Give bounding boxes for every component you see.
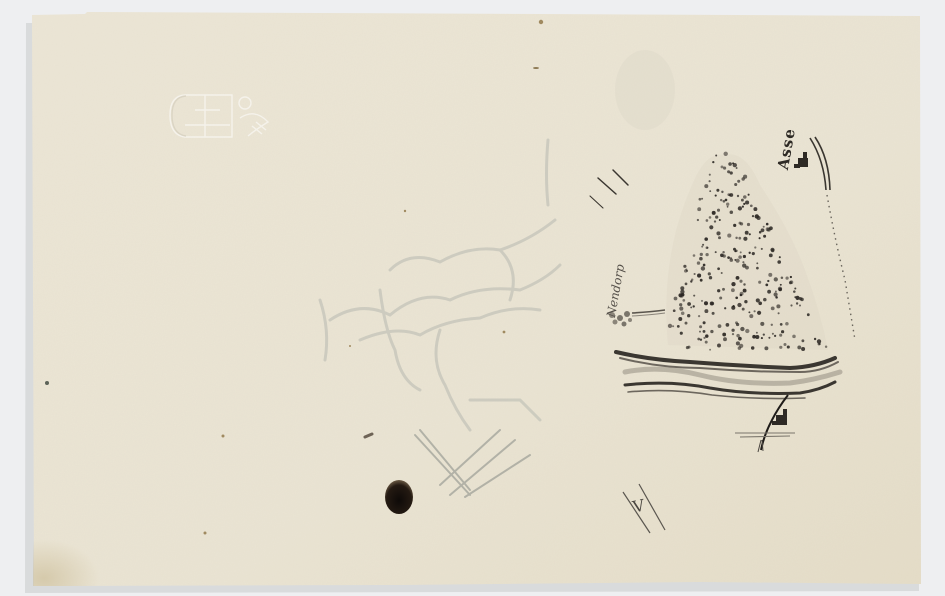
paper-sheet — [0, 0, 945, 596]
scan-stage: Nendorp Asse V — [0, 0, 945, 596]
ink-blot — [385, 480, 413, 514]
